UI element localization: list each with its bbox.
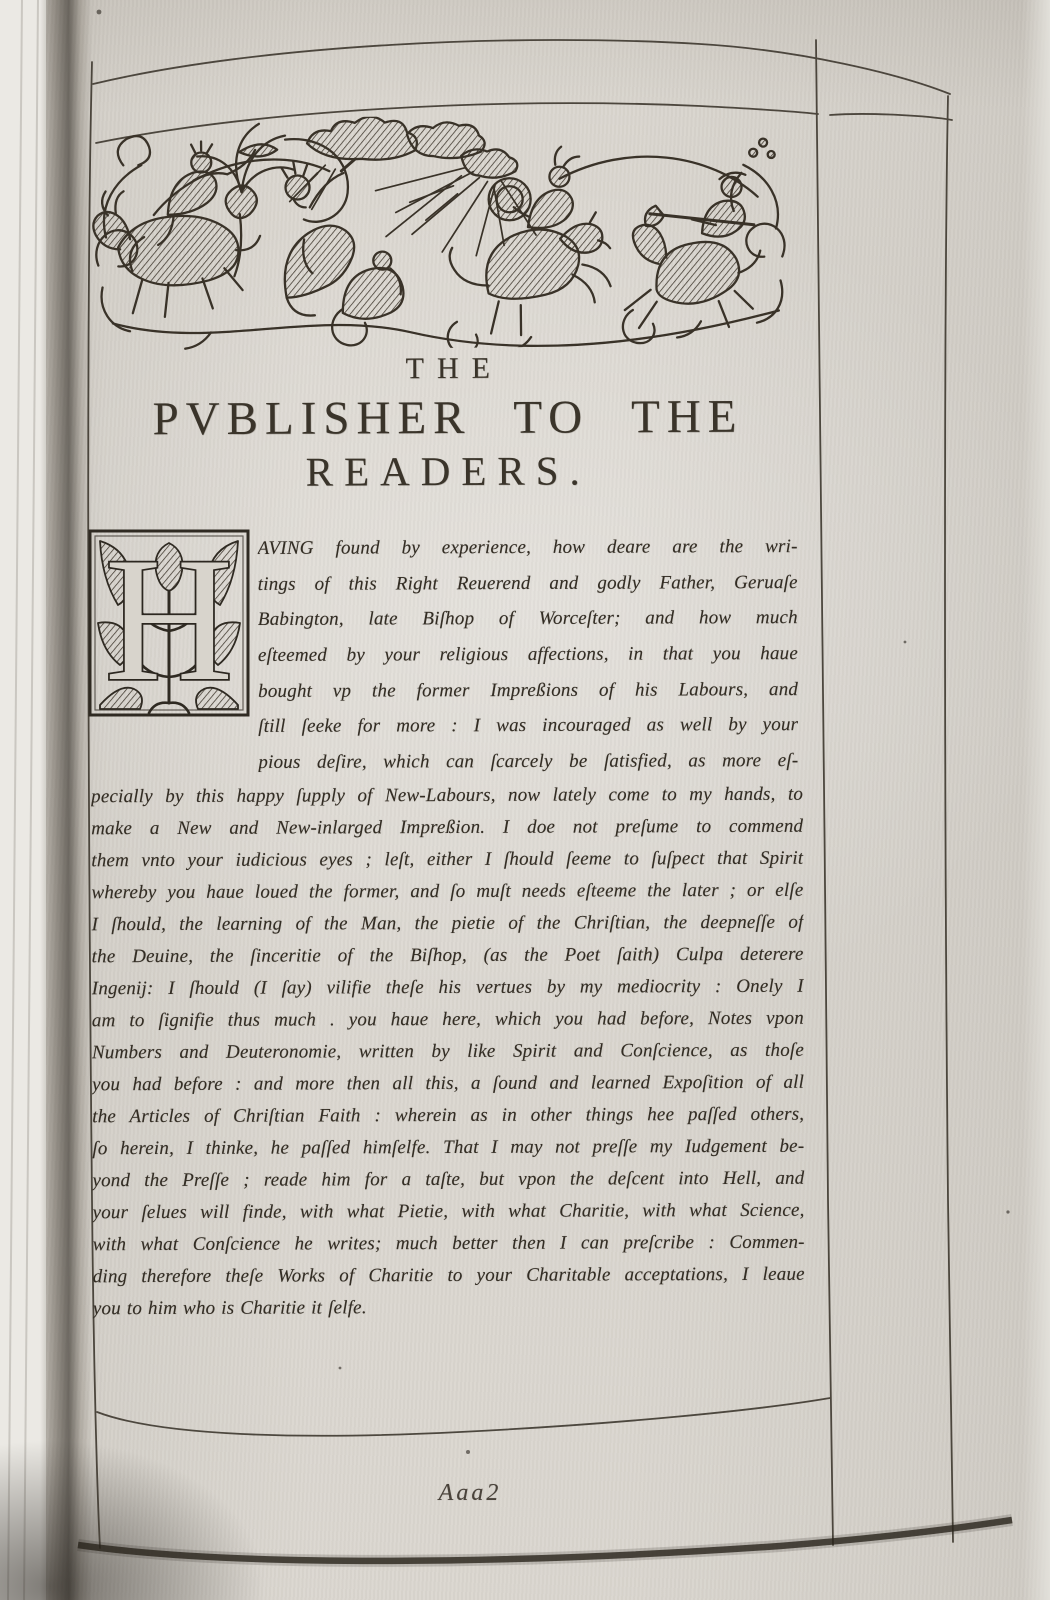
text-line: your ſelues will finde, with what Pietie… (93, 1195, 805, 1229)
text-line: ding therefore theſe Works of Charitie t… (93, 1259, 805, 1293)
text-line: whereby you haue loued the former, and ſ… (91, 875, 803, 909)
book-page-photo: THE PVBLISHER TO THE READERS. H AVING fo… (0, 0, 1050, 1600)
text-line: am to ſignifie thus much . you haue here… (92, 1003, 804, 1037)
title-line-2: PVBLISHER TO THE (92, 390, 804, 445)
text-line: the Articles of Chriſtian Faith : wherei… (92, 1099, 804, 1133)
headpiece-woodcut (89, 112, 791, 351)
text-line: you to him who is Charitie it ſelfe. (93, 1291, 805, 1325)
text-line: them vnto your iudicious eyes ; leſt, ei… (91, 843, 803, 877)
title-line-1: THE (92, 350, 804, 387)
text-line: yond the Preſſe ; reade him for a taſte,… (92, 1163, 804, 1197)
page-title: THE PVBLISHER TO THE READERS. (92, 350, 805, 495)
text-line: Numbers and Deuteronomie, written by lik… (92, 1035, 804, 1069)
text-line: with what Conſcience he writes; much bet… (93, 1227, 805, 1261)
body-text-indented: AVING found by experience, how deare are… (258, 529, 799, 781)
text-line: Babington, late Biſhop of Worceſter; and… (258, 600, 798, 638)
text-line: pecially by this happy ſupply of New-Lab… (91, 779, 803, 813)
text-line: make a New and New-inlarged Impreßion. I… (91, 811, 803, 845)
text-line: Ingenij: I ſhould (I ſay) vilifie theſe … (92, 971, 804, 1005)
text-line: tings of this Right Reuerend and godly F… (258, 565, 798, 603)
text-line: ſtill ſeeke for more : I was incouraged … (258, 707, 798, 745)
signature-mark: Aaa2 (380, 1480, 560, 1507)
text-line: ſo herein, I thinke, he paſſed himſelfe.… (92, 1131, 804, 1165)
text-line: AVING found by experience, how deare are… (258, 529, 798, 567)
drop-cap-letter: H (105, 527, 234, 718)
text-line: eſteemed by your religious affections, i… (258, 636, 798, 674)
text-line: you had before : and more then all this,… (92, 1067, 804, 1101)
decorated-initial-h: H (86, 527, 252, 719)
text-line: pious deſire, which can ſcarcely be ſati… (258, 743, 798, 781)
text-line: I ſhould, the learning of the Man, the p… (91, 907, 803, 941)
text-line: the Deuine, the ſinceritie of the Biſhop… (92, 939, 804, 973)
text-line: bought vp the former Impreßions of his L… (258, 672, 798, 710)
title-line-3: READERS. (92, 446, 804, 495)
body-text-full: pecially by this happy ſupply of New-Lab… (91, 779, 805, 1325)
